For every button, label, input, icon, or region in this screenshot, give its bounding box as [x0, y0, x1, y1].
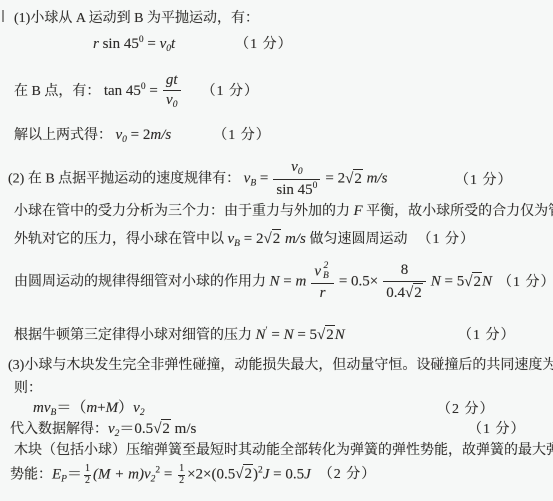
numerator: 8 — [383, 262, 425, 280]
math-op: = 2 — [325, 171, 345, 187]
line-label: (2) 在 B 点据平抛运动的速度规律有： — [8, 172, 244, 187]
math-var: mv — [33, 400, 51, 416]
radicand: 2 — [272, 229, 282, 248]
denominator: v0 — [163, 90, 181, 111]
elastic-potential-energy-equation: 势能：EP＝12(M + m)v22 = 12×2×(0.5√2)2J = 0.… — [10, 464, 376, 486]
exam-solution-page: (1)小球从 A 运动到 B 为平抛运动，有： r sin 450 = v0t（… — [0, 0, 553, 501]
superscript: 0 — [313, 181, 318, 191]
sqrt: √2 — [317, 327, 335, 343]
body-text: 则： — [14, 381, 42, 396]
radicand: 2 — [472, 272, 482, 291]
numerator: gt — [163, 72, 181, 90]
radicand: 2 — [413, 283, 423, 302]
sqrt-icon: √ — [235, 466, 243, 482]
math-var: m — [86, 400, 97, 416]
fraction: 80.4√2 — [383, 262, 425, 302]
body-text: 由圆周运动的规律得细管对小球的作用力 — [14, 275, 270, 290]
then-label: 则： — [14, 379, 42, 398]
denominator: sin 450 — [273, 179, 320, 199]
radicand: 2 — [353, 169, 363, 188]
numerator: v2B — [311, 262, 333, 283]
score-badge: （1 分） — [458, 328, 516, 343]
part3-collision-text: (3)小球与木块发生完全非弹性碰撞，动能损失最大，但动量守恒。设碰撞后的共同速度… — [8, 356, 553, 377]
radicand: 2 — [325, 325, 335, 344]
math-op: = — [160, 466, 176, 482]
fraction: v0sin 450 — [273, 159, 320, 199]
spring-energy-text: 木块（包括小球）压缩弹簧至最短时其动能全部转化为弹簧的弹性势能，故弹簧的最大弹性 — [14, 441, 553, 460]
score-line: （1 分） — [455, 171, 513, 190]
math-op: = — [146, 83, 158, 99]
score-badge: （1 分） — [202, 84, 260, 99]
subscript: 2 — [140, 408, 145, 418]
radicand: 2 — [161, 419, 171, 438]
math-op: ×2×(0.5 — [187, 466, 235, 482]
numerator: 1 — [85, 464, 90, 475]
sqrt-icon: √ — [464, 274, 472, 290]
sqrt: √2 — [153, 421, 171, 437]
denominator: 2 — [178, 475, 185, 487]
sqrt: √2 — [263, 231, 281, 247]
score-badge: （1 分） — [418, 232, 476, 247]
math-op: ） — [118, 400, 133, 416]
math-op: = — [144, 36, 160, 52]
score-badge: （1 分） — [213, 128, 271, 143]
sqrt: √2 — [464, 274, 482, 290]
math-var: m — [295, 274, 306, 290]
math-unit: m/s — [281, 231, 309, 247]
math-var: v — [291, 159, 298, 175]
small-fraction: 12 — [84, 464, 91, 486]
math-op: = 5 — [441, 274, 464, 290]
score-line: （1 分） — [458, 326, 516, 345]
math-var: M — [106, 400, 119, 416]
sqrt-icon: √ — [345, 171, 353, 187]
math-var: N — [482, 274, 492, 290]
initial-speed-result: 解以上两式得： v0 = 2m/s（1 分） — [14, 126, 271, 147]
projectile-displacement-equation: r sin 450 = v0t（1 分） — [93, 35, 293, 56]
force-analysis-text-1: 小球在管中的受力分析为三个力：由于重力与外加的力 F 平衡，故小球所受的合力仅为… — [14, 202, 553, 221]
math-op: ＝（ — [56, 400, 86, 416]
body-text: (3)小球与木块发生完全非弹性碰撞，动能损失最大，但动量守恒。设碰撞后的共同速度… — [8, 358, 553, 373]
math-op: = 2 — [127, 127, 150, 143]
math-op: = — [280, 274, 296, 290]
score-badge: （2 分） — [437, 402, 495, 417]
math-var: v — [314, 263, 321, 279]
math-var: E — [52, 466, 61, 482]
body-text: 外轨对它的压力，得小球在管中以 — [14, 232, 228, 247]
sqrt-icon: √ — [405, 285, 413, 301]
numerator: v0 — [273, 159, 320, 179]
score-line: （1 分） — [468, 420, 526, 439]
math-op: = 5 — [294, 327, 317, 343]
math-fn: sin 45 — [276, 182, 312, 198]
sqrt: √2 — [345, 171, 363, 187]
math-var: v — [133, 400, 140, 416]
circular-motion-force-equation: 由圆周运动的规律得细管对小球的作用力 N = mv2Br= 0.5×80.4√2… — [14, 262, 553, 302]
sqrt-icon: √ — [317, 327, 325, 343]
subscript: B — [323, 272, 329, 282]
math-op: = 2 — [240, 231, 263, 247]
fraction: gtv0 — [163, 72, 181, 111]
score-badge: （1 分） — [235, 37, 293, 52]
line-label: 在 B 点，有： — [14, 84, 104, 99]
math-unit: m/s — [150, 127, 171, 143]
score-line: （2 分） — [437, 400, 495, 419]
sqrt: √2 — [405, 285, 423, 301]
common-speed-result: 代入数据解得：v2＝0.5√2 m/s — [10, 419, 196, 441]
sqrt: √2 — [235, 466, 253, 482]
numerator: 1 — [179, 464, 184, 475]
denominator: 0.4√2 — [383, 281, 425, 302]
sqrt-icon: √ — [153, 421, 161, 437]
fraction: v2Br — [311, 262, 333, 302]
math-op: ＝0.5 — [119, 421, 153, 437]
part1-intro-line: (1)小球从 A 运动到 B 为平抛运动，有： — [14, 9, 259, 28]
math-unit: J — [304, 466, 311, 482]
math-var: (M + m)v — [93, 466, 151, 482]
small-fraction: 12 — [178, 464, 185, 486]
math-fn: tan 45 — [104, 83, 141, 99]
math-op: = 0.5 — [269, 466, 304, 482]
score-badge: （2 分） — [319, 467, 377, 482]
body-text: 木块（包括小球）压缩弹簧至最短时其动能全部转化为弹簧的弹性势能，故弹簧的最大弹性 — [14, 443, 553, 458]
subscript: 0 — [298, 167, 303, 177]
math-var: N — [256, 327, 266, 343]
score-badge: （1 分） — [468, 422, 526, 437]
math-var: v — [108, 421, 115, 437]
math-var: N — [270, 274, 280, 290]
math-var: v — [166, 92, 173, 108]
score-badge: （1 分） — [455, 173, 513, 188]
line-label: 代入数据解得： — [10, 422, 108, 437]
math-op: = — [268, 327, 284, 343]
denominator: 2 — [84, 475, 91, 487]
denominator: r — [311, 283, 333, 302]
body-text: 小球在管中的受力分析为三个力：由于重力与外加的力 — [14, 204, 354, 219]
math-op: = 0.5× — [339, 274, 378, 290]
sqrt-icon: √ — [263, 231, 271, 247]
math-var: N — [284, 327, 294, 343]
math-op: = — [256, 171, 268, 187]
math-op: ＝ — [67, 466, 82, 482]
part1-intro-text: (1)小球从 A 运动到 B 为平抛运动，有： — [14, 11, 259, 26]
body-text: 根据牛顿第三定律得小球对细管的压力 — [14, 328, 256, 343]
point-b-angle-equation: 在 B 点，有： tan 450 =gtv0（1 分） — [14, 72, 259, 111]
body-text: 平衡，故小球所受的合力仅为管的 — [363, 204, 553, 219]
score-badge: （1 分） — [498, 275, 553, 290]
math-var: N — [431, 274, 441, 290]
subscript: 2 — [151, 474, 156, 484]
sup-sub-stack: 2B — [323, 262, 329, 282]
radicand: 2 — [243, 464, 253, 483]
subscript: 0 — [173, 100, 178, 110]
math-fn: sin 45 — [99, 36, 139, 52]
newton-third-law-result: 根据牛顿第三定律得小球对细管的压力 N′ = N = 5√2N — [14, 325, 345, 345]
math-op: + — [97, 400, 105, 416]
line-label: 势能： — [10, 467, 52, 482]
force-analysis-text-2: 外轨对它的压力，得小球在管中以 vB = 2√2 m/s 做匀速圆周运动（1 分… — [14, 229, 475, 251]
part2-speed-at-b-equation: (2) 在 B 点据平抛运动的速度规律有： vB =v0sin 450= 2√2… — [8, 159, 387, 199]
math-var: t — [171, 36, 175, 52]
body-text: 做匀速圆周运动 — [310, 232, 408, 247]
math-var: F — [354, 203, 363, 219]
line-label: 解以上两式得： — [14, 128, 116, 143]
math-var: N — [335, 327, 345, 343]
math-num: 0.4 — [386, 285, 405, 301]
math-unit: m/s — [363, 171, 388, 187]
math-unit: m/s — [171, 421, 196, 437]
momentum-conservation-equation: mvB＝（m+M）v2 — [33, 399, 145, 420]
scan-artifact — [2, 10, 4, 22]
